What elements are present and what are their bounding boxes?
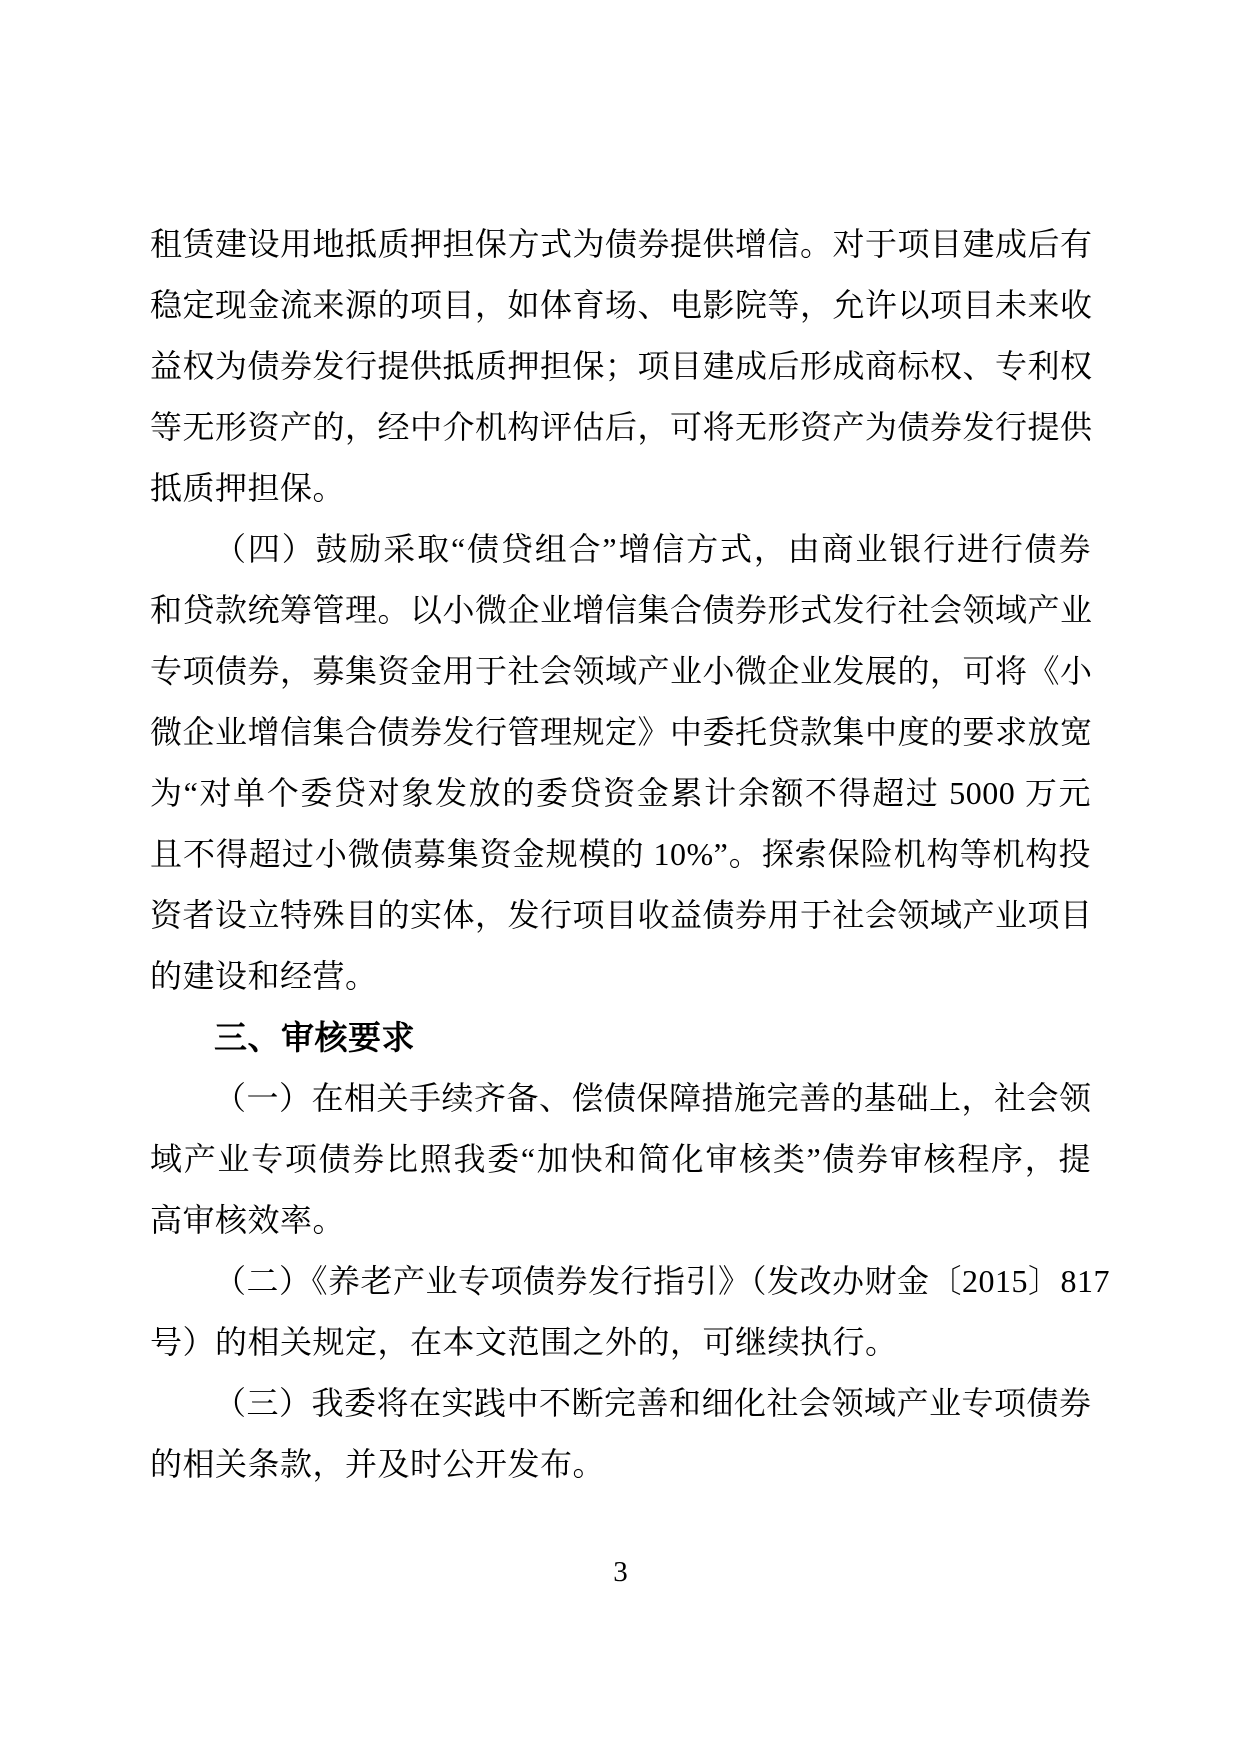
para-item-2: （二）《养老产业专项债券发行指引》（发改办财金〔2015〕817号）的相关规定，…	[150, 1251, 1091, 1373]
text-line: 微企业增信集合债券发行管理规定》中委托贷款集中度的要求放宽	[150, 702, 1091, 763]
para-item-4: （四）鼓励采取“债贷组合”增信方式，由商业银行进行债券和贷款统筹管理。以小微企业…	[150, 519, 1091, 1007]
text-line: 益权为债券发行提供抵质押担保；项目建成后形成商标权、专利权	[150, 336, 1091, 397]
text-line: 资者设立特殊目的实体，发行项目收益债券用于社会领域产业项目	[150, 885, 1091, 946]
text-line: 高审核效率。	[150, 1190, 1091, 1251]
text-line: （四）鼓励采取“债贷组合”增信方式，由商业银行进行债券	[150, 519, 1091, 580]
para-item-1: （一）在相关手续齐备、偿债保障措施完善的基础上，社会领域产业专项债券比照我委“加…	[150, 1068, 1091, 1251]
text-line: 专项债券，募集资金用于社会领域产业小微企业发展的，可将《小	[150, 641, 1091, 702]
para-item-3: （三）我委将在实践中不断完善和细化社会领域产业专项债券的相关条款，并及时公开发布…	[150, 1373, 1091, 1495]
para-collateral-continuation: 租赁建设用地抵质押担保方式为债券提供增信。对于项目建成后有稳定现金流来源的项目，…	[150, 214, 1091, 519]
text-line: 为“对单个委贷对象发放的委贷资金累计余额不得超过 5000 万元	[150, 763, 1091, 824]
document-body: 租赁建设用地抵质押担保方式为债券提供增信。对于项目建成后有稳定现金流来源的项目，…	[150, 214, 1091, 1495]
document-page: 租赁建设用地抵质押担保方式为债券提供增信。对于项目建成后有稳定现金流来源的项目，…	[0, 0, 1241, 1754]
text-line: 且不得超过小微债募集资金规模的 10%”。探索保险机构等机构投	[150, 824, 1091, 885]
text-line: 抵质押担保。	[150, 458, 1091, 519]
section-heading-3: 三、审核要求	[150, 1007, 1091, 1068]
text-line: （二）《养老产业专项债券发行指引》（发改办财金〔2015〕817	[150, 1251, 1091, 1312]
text-line: 号）的相关规定，在本文范围之外的，可继续执行。	[150, 1312, 1091, 1373]
text-line: 租赁建设用地抵质押担保方式为债券提供增信。对于项目建成后有	[150, 214, 1091, 275]
page-number: 3	[613, 1556, 628, 1588]
text-line: （一）在相关手续齐备、偿债保障措施完善的基础上，社会领	[150, 1068, 1091, 1129]
text-line: 的相关条款，并及时公开发布。	[150, 1434, 1091, 1495]
text-line: （三）我委将在实践中不断完善和细化社会领域产业专项债券	[150, 1373, 1091, 1434]
text-line: 域产业专项债券比照我委“加快和简化审核类”债券审核程序，提	[150, 1129, 1091, 1190]
text-line: 和贷款统筹管理。以小微企业增信集合债券形式发行社会领域产业	[150, 580, 1091, 641]
text-line: 等无形资产的，经中介机构评估后，可将无形资产为债券发行提供	[150, 397, 1091, 458]
page-footer: 3	[0, 1552, 1241, 1592]
text-line: 稳定现金流来源的项目，如体育场、电影院等，允许以项目未来收	[150, 275, 1091, 336]
text-line: 的建设和经营。	[150, 946, 1091, 1007]
text-line: 三、审核要求	[150, 1007, 1091, 1068]
